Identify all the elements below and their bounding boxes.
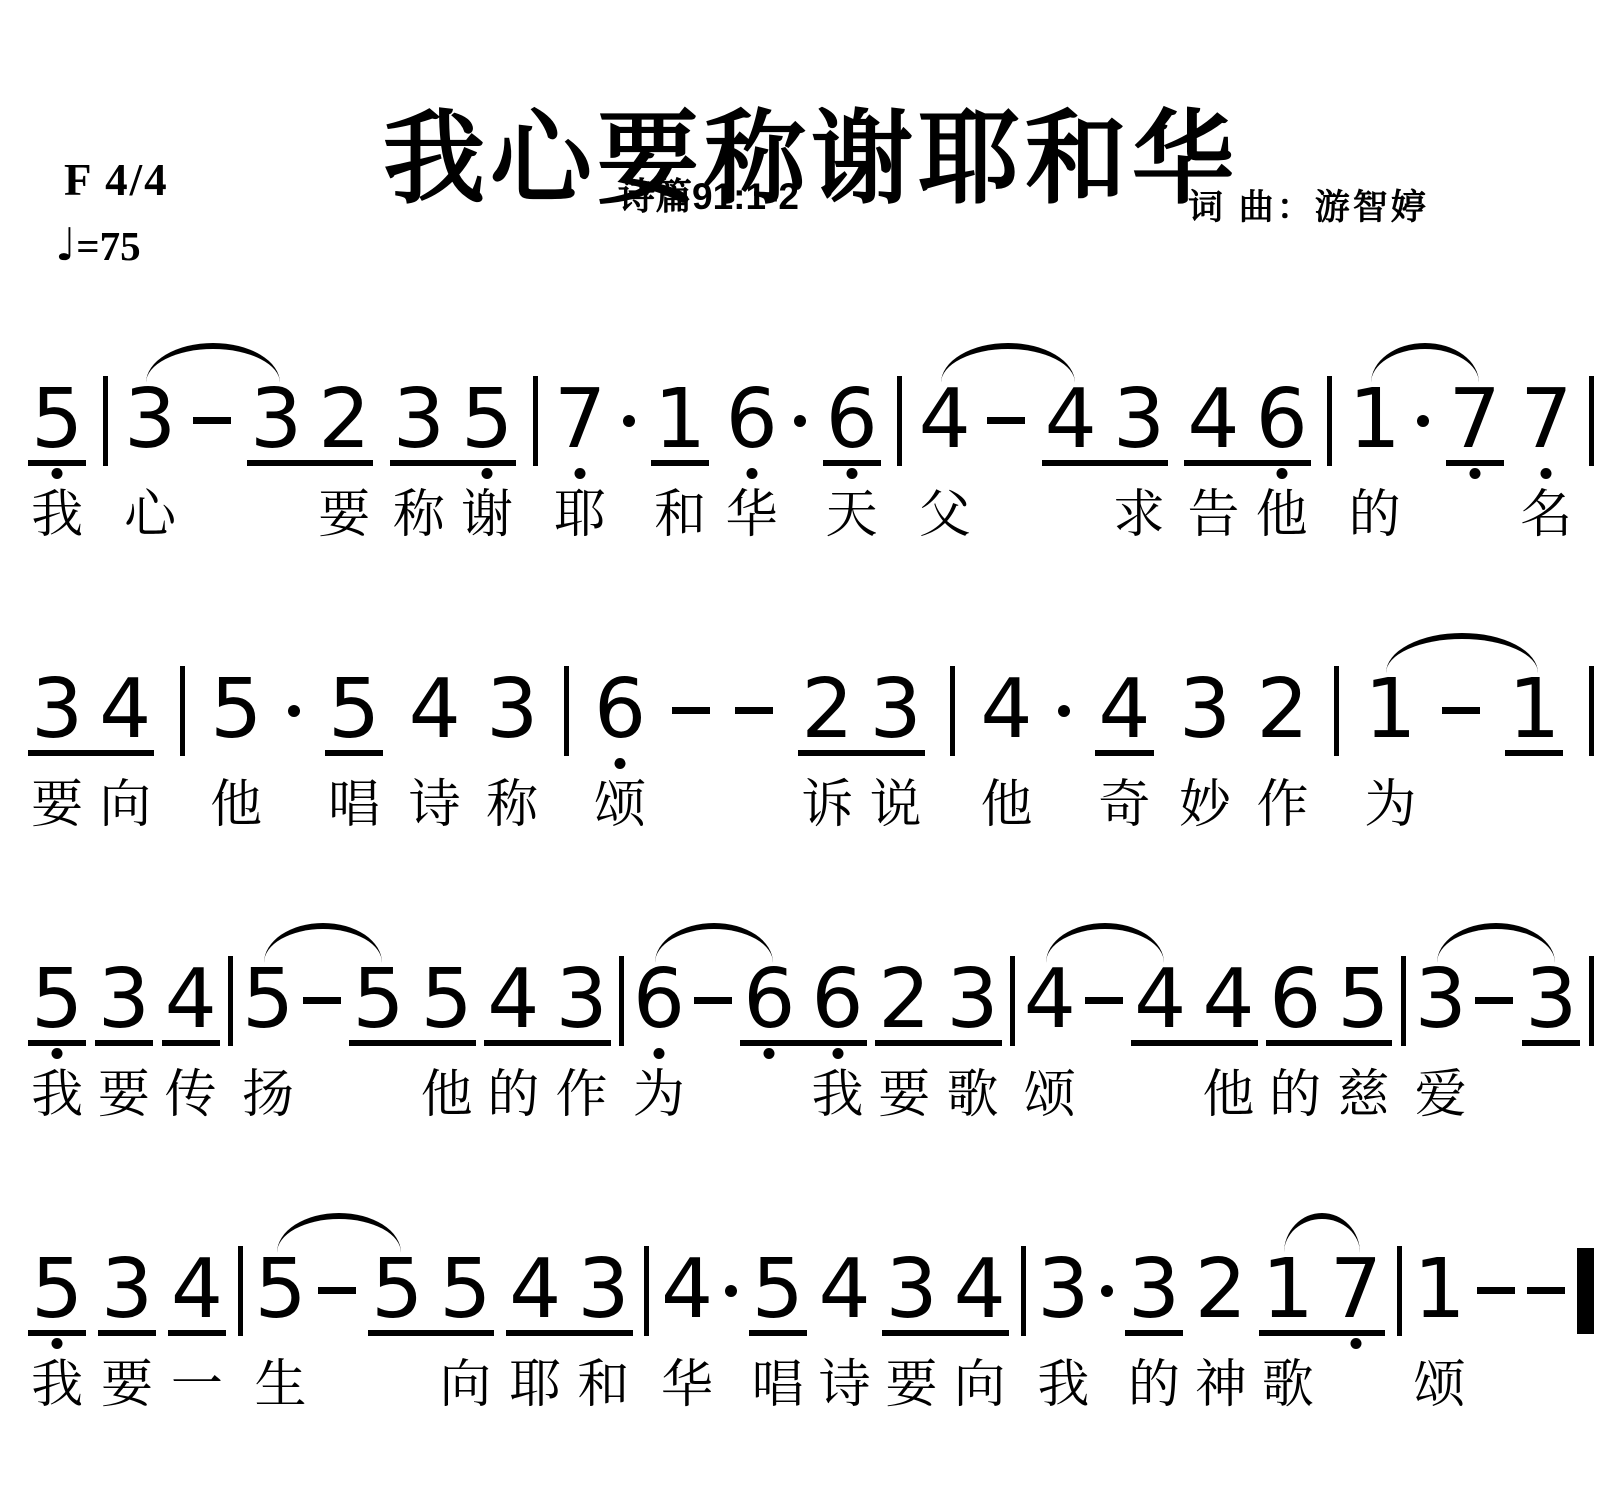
- note-digit: 4: [954, 1242, 1006, 1337]
- barline: [564, 666, 569, 756]
- note-digit: 4: [1134, 952, 1186, 1047]
- barline: [180, 666, 185, 756]
- note: 1歌: [1262, 1255, 1314, 1325]
- note: 5我: [31, 965, 83, 1035]
- beam-group: 4传: [162, 965, 220, 1046]
- note: 7名: [1520, 385, 1572, 455]
- barline: [1589, 666, 1594, 756]
- note: 4诗: [409, 675, 461, 745]
- barline: [103, 376, 108, 466]
- augmentation-dot: [623, 415, 635, 427]
- duration-dash: [672, 707, 710, 714]
- quarter-note-icon: ♩: [55, 218, 76, 271]
- note: 6华: [726, 385, 778, 455]
- note: 5他: [421, 965, 473, 1035]
- note: 3的: [1128, 1255, 1180, 1325]
- lyric-syllable: 我: [31, 487, 83, 544]
- note: 5他: [210, 675, 262, 745]
- augmentation-dot: [1101, 1285, 1113, 1297]
- note: 1颂: [1414, 1255, 1466, 1325]
- note: 1的: [1349, 385, 1401, 455]
- lyric-syllable: 他: [421, 1067, 473, 1124]
- note-digit: 7: [1330, 1242, 1382, 1337]
- note-digit: 4: [1098, 662, 1150, 757]
- note-digit: 6: [826, 372, 878, 467]
- duration-dash: [318, 1287, 356, 1294]
- beam-group: 4的3作: [484, 965, 610, 1046]
- duration-dash: [694, 997, 732, 1004]
- note-digit: 3: [1113, 372, 1165, 467]
- note: 5生: [254, 1255, 306, 1325]
- note-digit: 3: [250, 372, 302, 467]
- lyric-syllable: 的: [1128, 1357, 1180, 1414]
- note-digit: 4: [409, 662, 461, 757]
- note-digit: 3: [870, 662, 922, 757]
- beam-group: 5唱: [325, 675, 383, 756]
- note-digit: 1: [1262, 1242, 1314, 1337]
- note: 6他: [1256, 385, 1308, 455]
- note: 6为: [633, 965, 685, 1035]
- note-digit: 5: [210, 662, 262, 757]
- note: 3要: [31, 675, 83, 745]
- final-barline: [1577, 1248, 1594, 1334]
- notation-line-4: 5我3要4一5生55向4耶3和4华5唱4诗3要4向3我3的2神1歌71颂: [28, 1255, 1594, 1336]
- note-digit: 5: [352, 952, 404, 1047]
- lyric-syllable: 的: [1269, 1067, 1321, 1124]
- note-digit: 2: [1256, 662, 1308, 757]
- lyric-syllable: 诉: [801, 777, 853, 834]
- sheet-music-page: 我心要称谢耶和华 F 4/4 ♩=75 诗篇91:1-2 词 曲：游智婷 5我3…: [0, 0, 1622, 1496]
- tie-arc: [941, 343, 1075, 383]
- lyric-syllable: 称: [393, 487, 445, 544]
- duration-dash: [735, 707, 773, 714]
- note-digit: 3: [885, 1242, 937, 1337]
- lyric-syllable: 唱: [328, 777, 380, 834]
- barline: [1401, 956, 1406, 1046]
- note: 5慈: [1337, 965, 1389, 1035]
- note: 4一: [171, 1255, 223, 1325]
- note-digit: 4: [980, 662, 1032, 757]
- note: 4华: [661, 1255, 713, 1325]
- beam-group: 32要: [247, 385, 373, 466]
- note: 3: [1525, 965, 1577, 1035]
- note: 4传: [165, 965, 217, 1035]
- tie-arc: [277, 1213, 402, 1253]
- duration-dash: [1475, 997, 1513, 1004]
- note-digit: 6: [1269, 952, 1321, 1047]
- barline: [1589, 376, 1594, 466]
- duration-dash: [1527, 1287, 1565, 1294]
- note-digit: 5: [439, 1242, 491, 1337]
- lyric-syllable: 颂: [594, 777, 646, 834]
- notation-line-2: 3要4向5他5唱4诗3称6颂2诉3说4他4奇3妙2作1为1: [28, 675, 1594, 756]
- tie-arc: [1371, 343, 1479, 383]
- barline: [1010, 956, 1015, 1046]
- key-time-signature: F 4/4: [64, 154, 169, 206]
- tie-arc: [1046, 923, 1164, 963]
- note: 3要: [885, 1255, 937, 1325]
- note: 5我: [31, 1255, 83, 1325]
- note-digit: 3: [577, 1242, 629, 1337]
- duration-dash: [1085, 997, 1123, 1004]
- lyric-syllable: 告: [1187, 487, 1239, 544]
- note: 3称: [393, 385, 445, 455]
- barline: [1589, 956, 1594, 1046]
- note: 7: [1330, 1255, 1382, 1325]
- note: 1和: [654, 385, 706, 455]
- note: 5向: [439, 1255, 491, 1325]
- lyric-syllable: 为: [633, 1067, 685, 1124]
- note-digit: 4: [1187, 372, 1239, 467]
- barline: [644, 1246, 649, 1336]
- lyric-syllable: 颂: [1414, 1357, 1466, 1414]
- tie-arc: [1284, 1213, 1360, 1253]
- beam-group: 3称5谢: [390, 385, 516, 466]
- lyric-syllable: 和: [654, 487, 706, 544]
- note: 3说: [870, 675, 922, 745]
- beam-group: 5我: [28, 385, 86, 466]
- lyric-syllable: 要: [318, 487, 370, 544]
- barline: [238, 1246, 243, 1336]
- augmentation-dot: [1058, 705, 1070, 717]
- lyric-syllable: 要: [878, 1067, 930, 1124]
- note: 3我: [1037, 1255, 1089, 1325]
- note: 4耶: [509, 1255, 561, 1325]
- note: 3作: [555, 965, 607, 1035]
- beam-group: 66我: [740, 965, 866, 1046]
- lyric-syllable: 耶: [554, 487, 606, 544]
- note: 4他: [1202, 965, 1254, 1035]
- tempo-marking: ♩=75: [55, 218, 141, 271]
- note-digit: 7: [554, 372, 606, 467]
- beam-group: 2要3歌: [875, 965, 1001, 1046]
- note: 7耶: [554, 385, 606, 455]
- beam-group: 3要: [98, 1255, 156, 1336]
- beam-group: 4告6他: [1184, 385, 1310, 466]
- note-digit: 6: [633, 952, 685, 1047]
- note-digit: 7: [1520, 372, 1572, 467]
- note: 7: [1449, 385, 1501, 455]
- barline: [1397, 1246, 1402, 1336]
- duration-dash: [193, 417, 231, 424]
- beam-group: 5我: [28, 965, 86, 1046]
- lyric-syllable: 我: [1037, 1357, 1089, 1414]
- augmentation-dot: [794, 415, 806, 427]
- tie-arc: [1437, 923, 1555, 963]
- lyric-syllable: 爱: [1415, 1067, 1467, 1124]
- tie-arc: [655, 923, 773, 963]
- note-digit: 5: [242, 952, 294, 1047]
- beam-group: 6天: [823, 385, 881, 466]
- lyric-syllable: 的: [487, 1067, 539, 1124]
- note: 4他: [980, 675, 1032, 745]
- lyric-syllable: 扬: [242, 1067, 294, 1124]
- note: 6的: [1269, 965, 1321, 1035]
- tie-arc: [264, 923, 382, 963]
- note: 3称: [486, 675, 538, 745]
- note: 3要: [101, 1255, 153, 1325]
- lyric-syllable: 慈: [1337, 1067, 1389, 1124]
- barline: [1327, 376, 1332, 466]
- note: 4告: [1187, 385, 1239, 455]
- lyric-syllable: 天: [826, 487, 878, 544]
- note: 3要: [98, 965, 150, 1035]
- beam-group: 44他: [1131, 965, 1257, 1046]
- lyric-syllable: 一: [171, 1357, 223, 1414]
- note: 3妙: [1179, 675, 1231, 745]
- note-digit: 1: [1508, 662, 1560, 757]
- duration-dash: [987, 417, 1025, 424]
- note-digit: 4: [661, 1242, 713, 1337]
- beam-group: 4奇: [1095, 675, 1153, 756]
- note-digit: 6: [743, 952, 795, 1047]
- duration-dash: [1442, 707, 1480, 714]
- lyric-syllable: 向: [954, 1357, 1006, 1414]
- composer-credit: 词 曲：游智婷: [1188, 180, 1429, 230]
- beam-group: 6的5慈: [1266, 965, 1392, 1046]
- note-digit: 1: [1364, 662, 1416, 757]
- note-digit: 3: [486, 662, 538, 757]
- note: 3歌: [946, 965, 998, 1035]
- note-digit: 6: [811, 952, 863, 1047]
- note: 4颂: [1024, 965, 1076, 1035]
- note-digit: 5: [254, 1242, 306, 1337]
- lyric-syllable: 要: [31, 777, 83, 834]
- lyric-syllable: 他: [1202, 1067, 1254, 1124]
- lyric-syllable: 作: [1257, 777, 1309, 834]
- lyric-syllable: 的: [1349, 487, 1401, 544]
- lyric-syllable: 神: [1195, 1357, 1247, 1414]
- note: 4: [1045, 385, 1097, 455]
- note: 5唱: [328, 675, 380, 745]
- beam-group: 3要: [95, 965, 153, 1046]
- lyric-syllable: 我: [31, 1357, 83, 1414]
- note-digit: 3: [124, 372, 176, 467]
- lyric-syllable: 歌: [946, 1067, 998, 1124]
- note: 4: [1134, 965, 1186, 1035]
- note: 3和: [577, 1255, 629, 1325]
- duration-dash: [1477, 1287, 1515, 1294]
- note: 4诗: [819, 1255, 871, 1325]
- note-digit: 5: [371, 1242, 423, 1337]
- note: 5唱: [752, 1255, 804, 1325]
- note: 2诉: [801, 675, 853, 745]
- note-digit: 4: [1202, 952, 1254, 1047]
- lyric-syllable: 歌: [1262, 1357, 1314, 1414]
- beam-group: 5唱: [749, 1255, 807, 1336]
- lyric-syllable: 诗: [409, 777, 461, 834]
- note: 4向: [99, 675, 151, 745]
- note-digit: 3: [1128, 1242, 1180, 1337]
- note: 5: [371, 1255, 423, 1325]
- note: 3心: [124, 385, 176, 455]
- lyric-syllable: 向: [99, 777, 151, 834]
- note-digit: 4: [1045, 372, 1097, 467]
- barline: [950, 666, 955, 756]
- beam-group: 1歌7: [1259, 1255, 1385, 1336]
- note-digit: 4: [1024, 952, 1076, 1047]
- note-digit: 4: [509, 1242, 561, 1337]
- lyric-syllable: 心: [124, 487, 176, 544]
- note-digit: 5: [31, 1242, 83, 1337]
- note-digit: 5: [1337, 952, 1389, 1047]
- lyric-syllable: 称: [486, 777, 538, 834]
- note-digit: 3: [393, 372, 445, 467]
- barline: [1021, 1246, 1026, 1336]
- lyric-syllable: 父: [919, 487, 971, 544]
- note: 3: [250, 385, 302, 455]
- lyric-syllable: 生: [255, 1357, 307, 1414]
- barline: [897, 376, 902, 466]
- note: 3求: [1113, 385, 1165, 455]
- lyric-syllable: 他: [210, 777, 262, 834]
- lyric-syllable: 名: [1520, 487, 1572, 544]
- augmentation-dot: [288, 705, 300, 717]
- augmentation-dot: [725, 1285, 737, 1297]
- beam-group: 3的: [1125, 1255, 1183, 1336]
- note-digit: 4: [487, 952, 539, 1047]
- note: 6我: [811, 965, 863, 1035]
- note: 4奇: [1098, 675, 1150, 745]
- note-digit: 3: [31, 662, 83, 757]
- note-digit: 5: [421, 952, 473, 1047]
- note: 1: [1508, 675, 1560, 745]
- beam-group: 55向: [368, 1255, 494, 1336]
- lyric-syllable: 我: [31, 1067, 83, 1124]
- lyric-syllable: 要: [98, 1067, 150, 1124]
- note: 2作: [1256, 675, 1308, 745]
- beam-group: 5我: [28, 1255, 86, 1336]
- note: 2要: [878, 965, 930, 1035]
- barline: [1334, 666, 1339, 756]
- lyric-syllable: 传: [165, 1067, 217, 1124]
- note-digit: 4: [165, 952, 217, 1047]
- lyric-syllable: 妙: [1179, 777, 1231, 834]
- note-digit: 1: [654, 372, 706, 467]
- note-digit: 5: [461, 372, 513, 467]
- lyric-syllable: 他: [1256, 487, 1308, 544]
- beam-group: 4一: [168, 1255, 226, 1336]
- note-digit: 4: [819, 1242, 871, 1337]
- note: 2要: [318, 385, 370, 455]
- lyric-syllable: 说: [870, 777, 922, 834]
- tie-arc: [146, 343, 280, 383]
- scripture-reference: 诗篇91:1-2: [618, 166, 799, 220]
- augmentation-dot: [1417, 415, 1429, 427]
- beam-group: 3要4向: [28, 675, 154, 756]
- note-digit: 4: [919, 372, 971, 467]
- note-digit: 3: [1415, 952, 1467, 1047]
- note: 6: [743, 965, 795, 1035]
- note: 3爱: [1415, 965, 1467, 1035]
- note: 5我: [31, 385, 83, 455]
- lyric-syllable: 耶: [509, 1357, 561, 1414]
- note: 4向: [954, 1255, 1006, 1325]
- note-digit: 4: [99, 662, 151, 757]
- note-digit: 1: [1414, 1242, 1466, 1337]
- note-digit: 2: [878, 952, 930, 1047]
- lyric-syllable: 作: [556, 1067, 608, 1124]
- note-digit: 3: [555, 952, 607, 1047]
- lyric-syllable: 奇: [1098, 777, 1150, 834]
- tempo-value: =75: [76, 223, 140, 269]
- lyric-syllable: 诗: [819, 1357, 871, 1414]
- note: 1为: [1364, 675, 1416, 745]
- beam-group: 3: [1522, 965, 1580, 1046]
- note: 5扬: [242, 965, 294, 1035]
- note-digit: 3: [1525, 952, 1577, 1047]
- note: 4父: [919, 385, 971, 455]
- note: 5谢: [461, 385, 513, 455]
- note-digit: 6: [594, 662, 646, 757]
- note-digit: 5: [752, 1242, 804, 1337]
- duration-dash: [303, 997, 341, 1004]
- notation-line-1: 5我3心32要3称5谢7耶1和6华6天4父43求4告6他1的77名: [28, 385, 1594, 466]
- lyric-syllable: 为: [1364, 777, 1416, 834]
- tie-arc: [1386, 633, 1538, 673]
- note-digit: 3: [1179, 662, 1231, 757]
- note-digit: 5: [31, 372, 83, 467]
- lyric-syllable: 和: [577, 1357, 629, 1414]
- beam-group: 1: [1505, 675, 1563, 756]
- barline: [533, 376, 538, 466]
- lyric-syllable: 要: [886, 1357, 938, 1414]
- barline: [228, 956, 233, 1046]
- lyric-syllable: 求: [1113, 487, 1165, 544]
- note-digit: 1: [1349, 372, 1401, 467]
- lyric-syllable: 我: [811, 1067, 863, 1124]
- beam-group: 2诉3说: [798, 675, 924, 756]
- note: 2神: [1195, 1255, 1247, 1325]
- beam-group: 4耶3和: [506, 1255, 632, 1336]
- lyric-syllable: 华: [726, 487, 778, 544]
- note: 5: [352, 965, 404, 1035]
- note-digit: 3: [946, 952, 998, 1047]
- note: 6天: [826, 385, 878, 455]
- beam-group: 55他: [349, 965, 475, 1046]
- beam-group: 1和: [651, 385, 709, 466]
- note-digit: 2: [1195, 1242, 1247, 1337]
- lyric-syllable: 华: [661, 1357, 713, 1414]
- lyric-syllable: 向: [439, 1357, 491, 1414]
- lyric-syllable: 谢: [461, 487, 513, 544]
- lyric-syllable: 颂: [1024, 1067, 1076, 1124]
- note-digit: 6: [726, 372, 778, 467]
- lyric-syllable: 唱: [752, 1357, 804, 1414]
- beam-group: 3要4向: [882, 1255, 1008, 1336]
- note-digit: 2: [801, 662, 853, 757]
- note-digit: 2: [318, 372, 370, 467]
- note-digit: 7: [1449, 372, 1501, 467]
- beam-group: 43求: [1042, 385, 1168, 466]
- lyric-syllable: 他: [980, 777, 1032, 834]
- note: 6颂: [594, 675, 646, 745]
- note-digit: 4: [171, 1242, 223, 1337]
- note-digit: 5: [328, 662, 380, 757]
- note-digit: 3: [101, 1242, 153, 1337]
- lyric-syllable: 要: [101, 1357, 153, 1414]
- note-digit: 3: [98, 952, 150, 1047]
- beam-group: 7: [1446, 385, 1504, 466]
- notation-line-3: 5我3要4传5扬55他4的3作6为66我2要3歌4颂44他6的5慈3爱3: [28, 965, 1594, 1046]
- note-digit: 3: [1037, 1242, 1089, 1337]
- barline: [619, 956, 624, 1046]
- note-digit: 6: [1256, 372, 1308, 467]
- note-digit: 5: [31, 952, 83, 1047]
- note: 4的: [487, 965, 539, 1035]
